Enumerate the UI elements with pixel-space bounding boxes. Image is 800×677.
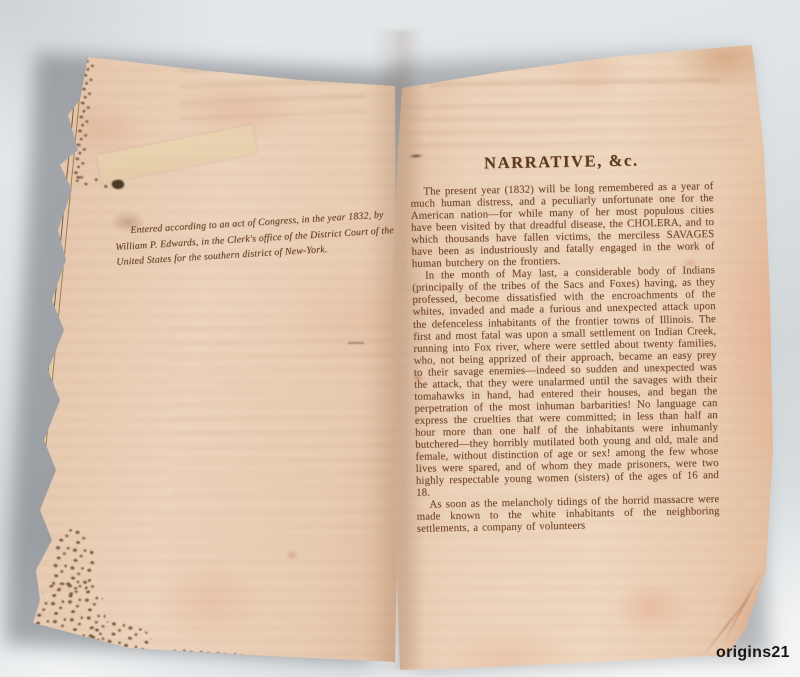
narrative-body: The present year (1832) will be long rem…	[410, 180, 720, 535]
narrative-paragraph: In the month of May last, a considerable…	[412, 264, 719, 499]
right-page: NARRATIVE, &c. The present year (1832) w…	[390, 26, 785, 677]
show-through-text-middle	[168, 323, 396, 502]
left-page: Entered according to an act of Congress,…	[30, 40, 405, 675]
narrative-paragraph: As soon as the melancholy tidings of the…	[416, 493, 720, 535]
text-block: NARRATIVE, &c. The present year (1832) w…	[384, 22, 791, 677]
tape-repair	[97, 125, 257, 183]
narrative-paragraph: The present year (1832) will be long rem…	[410, 180, 715, 270]
book-gutter-shadow	[372, 30, 424, 670]
seller-watermark: origins21	[716, 644, 790, 662]
show-through-text-bottom	[154, 510, 385, 574]
floral-ornament	[30, 576, 110, 665]
narrative-heading: NARRATIVE, &c.	[410, 149, 713, 175]
paper-crease-mark	[348, 342, 364, 344]
photo-of-antique-book: Entered according to an act of Congress,…	[0, 0, 800, 677]
